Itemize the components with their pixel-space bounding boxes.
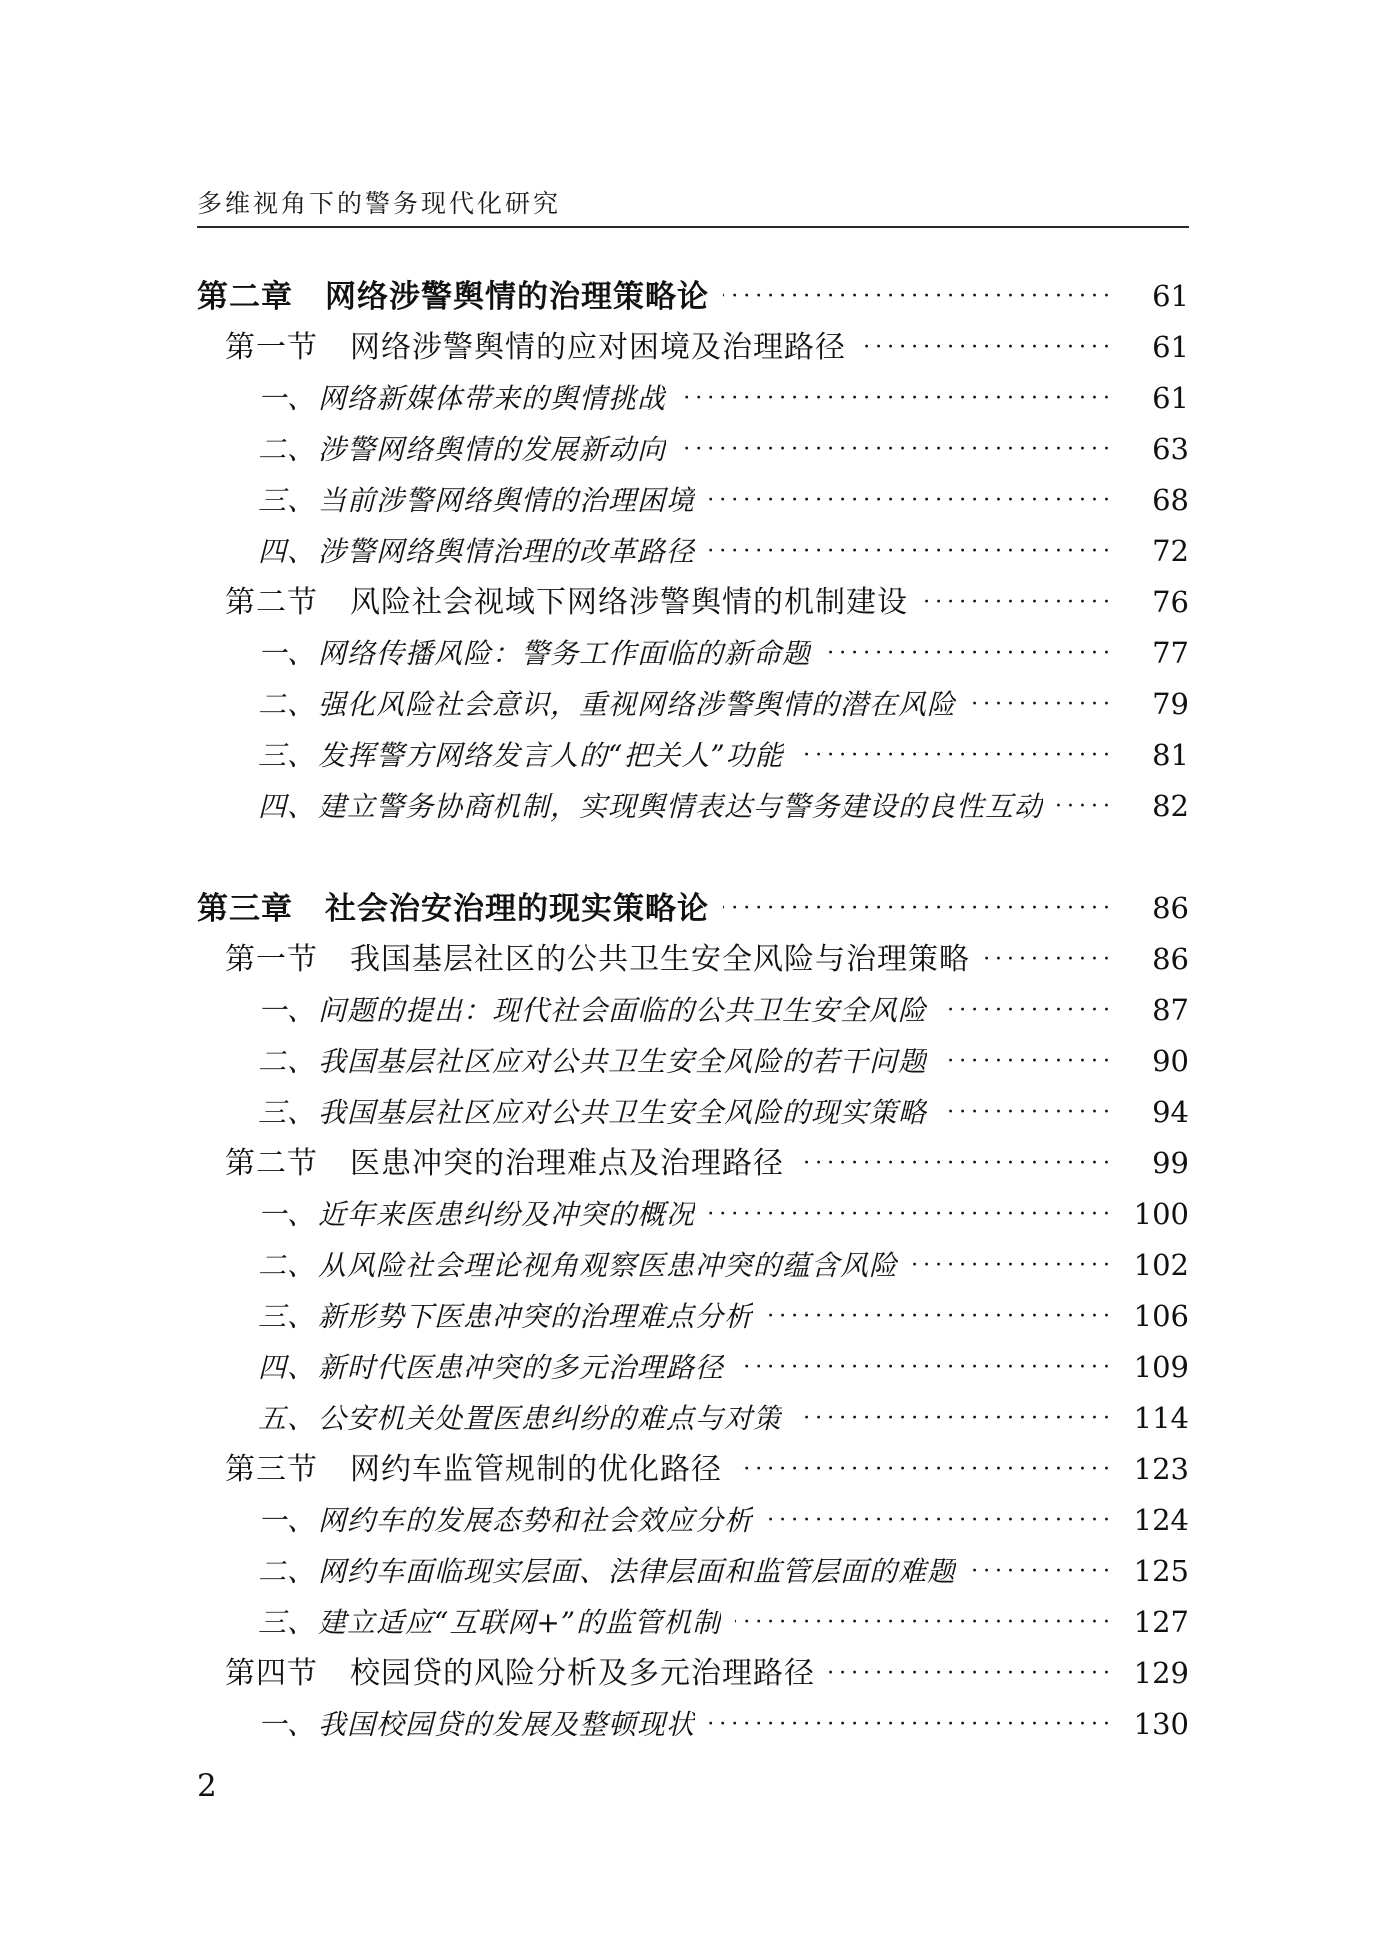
toc-entry-label: 第二节 (225, 1138, 318, 1189)
toc-entry-page: 76 (1127, 577, 1189, 628)
toc-entry: 第三节 网约车监管规制的优化路径 123 (197, 1444, 1189, 1495)
toc-entry-title: 我国基层社区应对公共卫生安全风险的现实策略 (318, 1087, 927, 1138)
toc-entry-page: 63 (1127, 424, 1189, 475)
toc-entry: 三、 我国基层社区应对公共卫生安全风险的现实策略 94 (197, 1087, 1189, 1138)
toc-entry-page: 90 (1127, 1036, 1189, 1087)
toc-entry: 一、 我国校园贷的发展及整顿现状 130 (197, 1699, 1189, 1750)
toc-entry-label: 三、 (258, 475, 316, 526)
toc-entry-page: 125 (1127, 1546, 1189, 1597)
toc-entry-label: 四、 (258, 781, 316, 832)
toc-entry-page: 68 (1127, 475, 1189, 526)
toc-entry: 二、 强化风险社会意识，重视网络涉警舆情的潜在风险 79 (197, 679, 1189, 730)
toc-entry-label: 第一节 (225, 934, 318, 985)
dot-leader (709, 1189, 1115, 1240)
toc-entry-page: 102 (1127, 1240, 1189, 1291)
toc-entry-label: 三、 (258, 1291, 316, 1342)
toc-entry-label: 四、 (258, 526, 316, 577)
dot-leader (735, 1597, 1115, 1648)
dot-leader (798, 1138, 1115, 1189)
toc-entry-title: 社会治安治理的现实策略论 (325, 883, 709, 934)
toc-entry-title: 建立适应“互联网+”的监管机制 (318, 1597, 721, 1648)
toc-entry-title: 当前涉警网络舆情的治理困境 (318, 475, 695, 526)
toc-entry-title: 网约车面临现实层面、法律层面和监管层面的难题 (318, 1546, 956, 1597)
toc-entry-title: 网络涉警舆情的治理策略论 (325, 271, 709, 322)
dot-leader (1057, 781, 1115, 832)
toc-entry-page: 114 (1127, 1393, 1189, 1444)
toc-entry: 三、 建立适应“互联网+”的监管机制 127 (197, 1597, 1189, 1648)
dot-leader (723, 883, 1115, 934)
toc-entry-label: 第四节 (225, 1648, 318, 1699)
toc-entry-label: 第二章 (197, 271, 293, 322)
dot-leader (680, 373, 1115, 424)
toc-entry: 三、 当前涉警网络舆情的治理困境 68 (197, 475, 1189, 526)
toc-entry-label: 第二节 (225, 577, 318, 628)
toc-entry: 二、 从风险社会理论视角观察医患冲突的蕴含风险 102 (197, 1240, 1189, 1291)
toc-entry-page: 72 (1127, 526, 1189, 577)
toc-entry-title: 网约车监管规制的优化路径 (350, 1444, 722, 1495)
toc-entry-page: 127 (1127, 1597, 1189, 1648)
dot-leader (723, 271, 1115, 322)
dot-leader (709, 475, 1115, 526)
toc-entry-title: 涉警网络舆情治理的改革路径 (318, 526, 695, 577)
toc-entry-label: 第三节 (225, 1444, 318, 1495)
toc-entry-label: 一、 (258, 628, 316, 679)
toc-entry-page: 124 (1127, 1495, 1189, 1546)
toc-entry: 第二章 网络涉警舆情的治理策略论 61 (197, 271, 1189, 322)
toc-entry-label: 一、 (258, 985, 316, 1036)
toc-entry-title: 网络传播风险：警务工作面临的新命题 (318, 628, 811, 679)
toc-entry: 四、 建立警务协商机制，实现舆情表达与警务建设的良性互动 82 (197, 781, 1189, 832)
dot-leader (796, 1393, 1115, 1444)
toc-entry-page: 99 (1127, 1138, 1189, 1189)
toc-entry-label: 一、 (258, 373, 316, 424)
dot-leader (829, 1648, 1115, 1699)
toc-entry-title: 校园贷的风险分析及多元治理路径 (350, 1648, 815, 1699)
toc-entry: 三、 新形势下医患冲突的治理难点分析 106 (197, 1291, 1189, 1342)
dot-leader (922, 577, 1115, 628)
toc-entry: 四、 涉警网络舆情治理的改革路径 72 (197, 526, 1189, 577)
dot-leader (738, 1342, 1115, 1393)
toc-entry: 第二节 风险社会视域下网络涉警舆情的机制建设 76 (197, 577, 1189, 628)
toc-entry-page: 106 (1127, 1291, 1189, 1342)
toc-entry-page: 79 (1127, 679, 1189, 730)
toc-entry-page: 123 (1127, 1444, 1189, 1495)
dot-leader (970, 1546, 1115, 1597)
toc-entry: 第一节 我国基层社区的公共卫生安全风险与治理策略 86 (197, 934, 1189, 985)
toc-entry-title: 强化风险社会意识，重视网络涉警舆情的潜在风险 (318, 679, 956, 730)
toc-entry: 第二节 医患冲突的治理难点及治理路径 99 (197, 1138, 1189, 1189)
dot-leader (941, 1087, 1115, 1138)
dot-leader (825, 628, 1115, 679)
toc-entry-page: 94 (1127, 1087, 1189, 1138)
dot-leader (736, 1444, 1115, 1495)
book-page: 多维视角下的警务现代化研究 第二章 网络涉警舆情的治理策略论 61 第一节 网络… (197, 0, 1189, 1938)
toc-entry-label: 一、 (258, 1495, 316, 1546)
toc-entry-page: 61 (1127, 322, 1189, 373)
dot-leader (941, 985, 1115, 1036)
toc-entry: 四、 新时代医患冲突的多元治理路径 109 (197, 1342, 1189, 1393)
toc-entry-title: 发挥警方网络发言人的“把关人”功能 (318, 730, 784, 781)
toc-entry: 二、 网约车面临现实层面、法律层面和监管层面的难题 125 (197, 1546, 1189, 1597)
toc-entry-title: 涉警网络舆情的发展新动向 (318, 424, 666, 475)
toc-entry-title: 网络涉警舆情的应对困境及治理路径 (350, 322, 846, 373)
toc-entry-page: 130 (1127, 1699, 1189, 1750)
toc-entry-title: 医患冲突的治理难点及治理路径 (350, 1138, 784, 1189)
toc-entry: 三、 发挥警方网络发言人的“把关人”功能 81 (197, 730, 1189, 781)
toc-entry-title: 问题的提出：现代社会面临的公共卫生安全风险 (318, 985, 927, 1036)
toc-entry: 五、 公安机关处置医患纠纷的难点与对策 114 (197, 1393, 1189, 1444)
toc-entry-page: 61 (1127, 373, 1189, 424)
toc-entry: 二、 我国基层社区应对公共卫生安全风险的若干问题 90 (197, 1036, 1189, 1087)
toc-entry-title: 公安机关处置医患纠纷的难点与对策 (318, 1393, 782, 1444)
toc-entry: 一、 网络新媒体带来的舆情挑战 61 (197, 373, 1189, 424)
toc-entry: 第一节 网络涉警舆情的应对困境及治理路径 61 (197, 322, 1189, 373)
toc-entry-title: 我国基层社区的公共卫生安全风险与治理策略 (350, 934, 970, 985)
toc-entry-page: 100 (1127, 1189, 1189, 1240)
toc-entry: 一、 问题的提出：现代社会面临的公共卫生安全风险 87 (197, 985, 1189, 1036)
toc-entry-page: 87 (1127, 985, 1189, 1036)
dot-leader (912, 1240, 1115, 1291)
toc-entry-label: 三、 (258, 1597, 316, 1648)
toc-entry-page: 86 (1127, 883, 1189, 934)
dot-leader (860, 322, 1115, 373)
toc-entry-title: 我国校园贷的发展及整顿现状 (318, 1699, 695, 1750)
dot-leader (798, 730, 1115, 781)
toc-entry-title: 新形势下医患冲突的治理难点分析 (318, 1291, 753, 1342)
toc-entry-page: 77 (1127, 628, 1189, 679)
toc-entry: 一、 网络传播风险：警务工作面临的新命题 77 (197, 628, 1189, 679)
toc-entry-label: 四、 (258, 1342, 316, 1393)
toc-entry-label: 第一节 (225, 322, 318, 373)
toc-entry-title: 近年来医患纠纷及冲突的概况 (318, 1189, 695, 1240)
toc-entry-title: 我国基层社区应对公共卫生安全风险的若干问题 (318, 1036, 927, 1087)
dot-leader (709, 1699, 1115, 1750)
toc-entry-label: 三、 (258, 730, 316, 781)
toc-entry-label: 三、 (258, 1087, 316, 1138)
toc-entry-page: 109 (1127, 1342, 1189, 1393)
dot-leader (970, 679, 1115, 730)
dot-leader (941, 1036, 1115, 1087)
folio-page-number: 2 (197, 1768, 217, 1804)
toc-entry-label: 二、 (258, 424, 316, 475)
toc-entry-label: 五、 (258, 1393, 316, 1444)
running-head-book-title: 多维视角下的警务现代化研究 (197, 184, 561, 220)
dot-leader (984, 934, 1115, 985)
toc-entry-label: 一、 (258, 1189, 316, 1240)
toc-entry-title: 网约车的发展态势和社会效应分析 (318, 1495, 753, 1546)
table-of-contents: 第二章 网络涉警舆情的治理策略论 61 第一节 网络涉警舆情的应对困境及治理路径… (197, 271, 1189, 1750)
toc-entry-title: 风险社会视域下网络涉警舆情的机制建设 (350, 577, 908, 628)
toc-entry-label: 二、 (258, 679, 316, 730)
toc-entry-title: 网络新媒体带来的舆情挑战 (318, 373, 666, 424)
toc-entry-label: 二、 (258, 1240, 316, 1291)
toc-entry-title: 建立警务协商机制，实现舆情表达与警务建设的良性互动 (318, 781, 1043, 832)
toc-entry-label: 二、 (258, 1036, 316, 1087)
toc-entry-page: 129 (1127, 1648, 1189, 1699)
toc-entry-label: 第三章 (197, 883, 293, 934)
toc-entry: 第三章 社会治安治理的现实策略论 86 (197, 883, 1189, 934)
toc-entry: 一、 网约车的发展态势和社会效应分析 124 (197, 1495, 1189, 1546)
toc-entry-page: 81 (1127, 730, 1189, 781)
toc-entry-title: 新时代医患冲突的多元治理路径 (318, 1342, 724, 1393)
toc-entry-page: 86 (1127, 934, 1189, 985)
dot-leader (767, 1291, 1115, 1342)
toc-entry: 二、 涉警网络舆情的发展新动向 63 (197, 424, 1189, 475)
toc-entry-label: 二、 (258, 1546, 316, 1597)
toc-entry: 一、 近年来医患纠纷及冲突的概况 100 (197, 1189, 1189, 1240)
dot-leader (767, 1495, 1115, 1546)
toc-entry-title: 从风险社会理论视角观察医患冲突的蕴含风险 (318, 1240, 898, 1291)
toc-entry-page: 82 (1127, 781, 1189, 832)
toc-entry-page: 61 (1127, 271, 1189, 322)
dot-leader (709, 526, 1115, 577)
header-rule (197, 226, 1189, 228)
toc-entry-label: 一、 (258, 1699, 316, 1750)
dot-leader (680, 424, 1115, 475)
toc-entry: 第四节 校园贷的风险分析及多元治理路径 129 (197, 1648, 1189, 1699)
